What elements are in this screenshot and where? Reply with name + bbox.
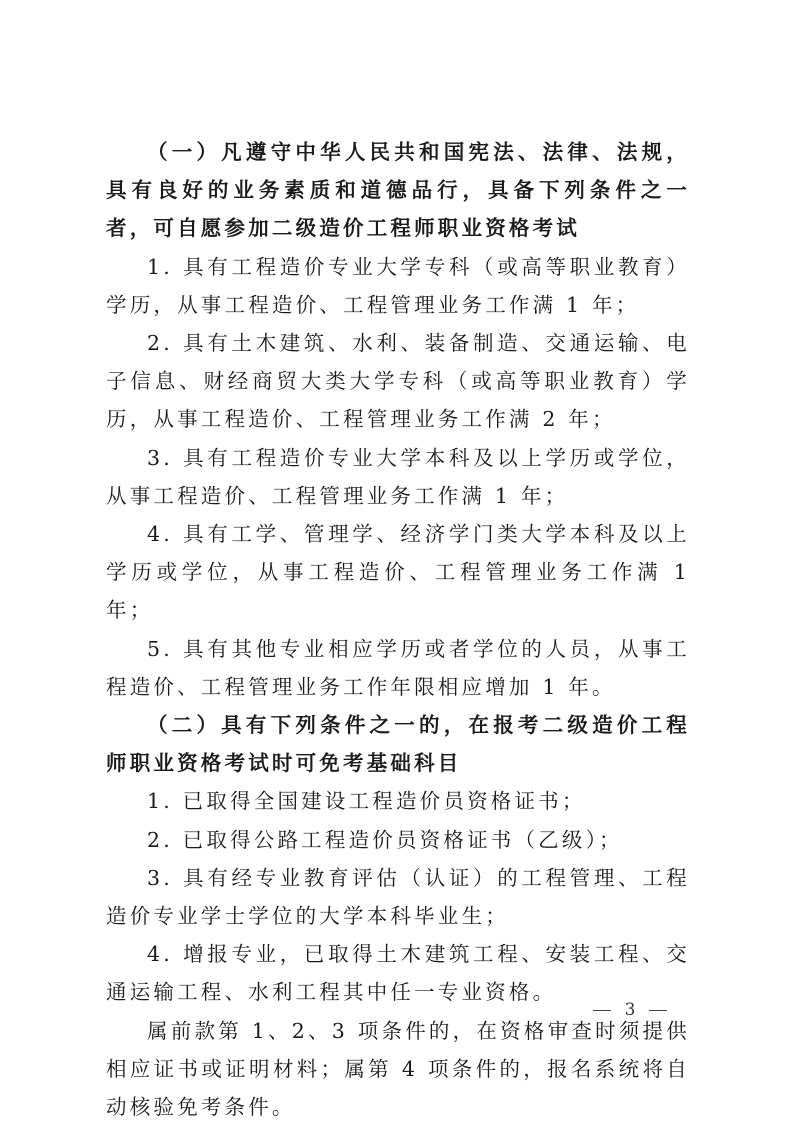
exemption-item-3: 3. 具有经专业教育评估（认证）的工程管理、工程造价专业学士学位的大学本科毕业生…	[106, 859, 690, 935]
page-number-dash-left	[593, 1010, 611, 1011]
condition-item-1: 1. 具有工程造价专业大学专科（或高等职业教育）学历，从事工程造价、工程管理业务…	[106, 248, 690, 324]
condition-item-3: 3. 具有工程造价专业大学本科及以上学历或学位，从事工程造价、工程管理业务工作满…	[106, 439, 690, 515]
verification-note: 属前款第 1、2、3 项条件的，在资格审查时须提供相应证书或证明材料；属第 4 …	[106, 1012, 690, 1122]
exemption-item-2: 2. 已取得公路工程造价员资格证书（乙级）；	[106, 821, 690, 859]
document-body: （一）凡遵守中华人民共和国宪法、法律、法规，具有良好的业务素质和道德品行，具备下…	[106, 133, 690, 1122]
section-heading-2: （二）具有下列条件之一的，在报考二级造价工程师职业资格考试时可免考基础科目	[106, 706, 690, 782]
section-heading-1: （一）凡遵守中华人民共和国宪法、法律、法规，具有良好的业务素质和道德品行，具备下…	[106, 133, 690, 248]
document-page: （一）凡遵守中华人民共和国宪法、法律、法规，具有良好的业务素质和道德品行，具备下…	[0, 0, 793, 1122]
page-number-dash-right	[649, 1010, 667, 1011]
page-number-value: 3	[625, 1000, 636, 1020]
condition-item-4: 4. 具有工学、管理学、经济学门类大学本科及以上学历或学位，从事工程造价、工程管…	[106, 515, 690, 630]
condition-item-5: 5. 具有其他专业相应学历或者学位的人员，从事工程造价、工程管理业务工作年限相应…	[106, 630, 690, 706]
exemption-item-1: 1. 已取得全国建设工程造价员资格证书；	[106, 782, 690, 820]
condition-item-2: 2. 具有土木建筑、水利、装备制造、交通运输、电子信息、财经商贸大类大学专科（或…	[106, 324, 690, 439]
page-number: 3	[590, 995, 670, 1025]
